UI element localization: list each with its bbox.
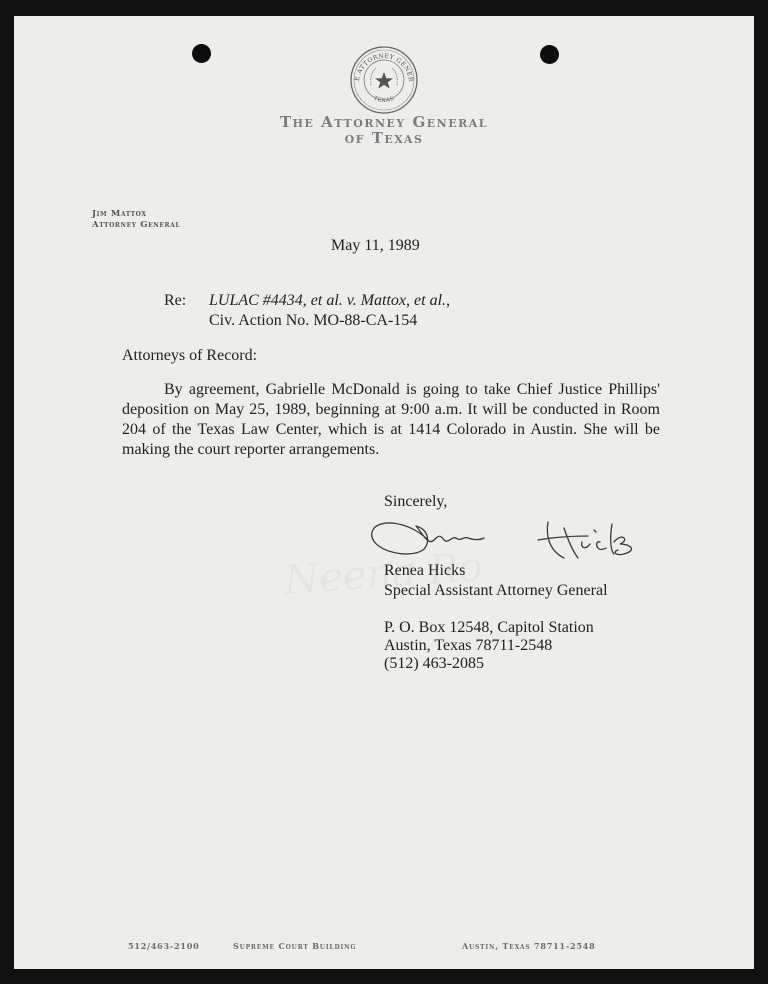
body-paragraph: By agreement, Gabrielle McDonald is goin… [122,380,660,460]
address-line-1: P. O. Box 12548, Capitol Station [384,618,594,638]
signer-name: Renea Hicks [384,561,465,581]
footer-city: Austin, Texas 78711-2548 [462,941,595,951]
re-label: Re: [164,291,186,311]
footer-building: Supreme Court Building [233,941,356,951]
letterhead-subtitle: of Texas [14,129,754,147]
footer-phone: 512/463-2100 [128,941,200,951]
signature-icon [368,510,648,566]
address-line-3: (512) 463-2085 [384,654,484,674]
letter-date: May 11, 1989 [331,236,420,256]
punch-hole-left [192,44,211,63]
signer-title: Special Assistant Attorney General [384,581,608,601]
closing: Sincerely, [384,492,447,512]
punch-hole-right [540,45,559,64]
address-line-2: Austin, Texas 78711-2548 [384,636,552,656]
re-case-name: LULAC #4434, et al. v. Mattox, et al., [209,291,450,311]
letter-page: THE ATTORNEY GENERAL TEXAS The Attorney … [14,16,754,969]
sender-title: Attorney General [92,220,180,231]
attorney-general-seal-icon: THE ATTORNEY GENERAL TEXAS [349,45,419,115]
svg-text:TEXAS: TEXAS [372,96,395,105]
salutation: Attorneys of Record: [122,346,257,366]
re-civil-action: Civ. Action No. MO-88-CA-154 [209,311,417,331]
sender-block: Jim Mattox Attorney General [92,209,180,231]
sender-name: Jim Mattox [92,209,180,220]
